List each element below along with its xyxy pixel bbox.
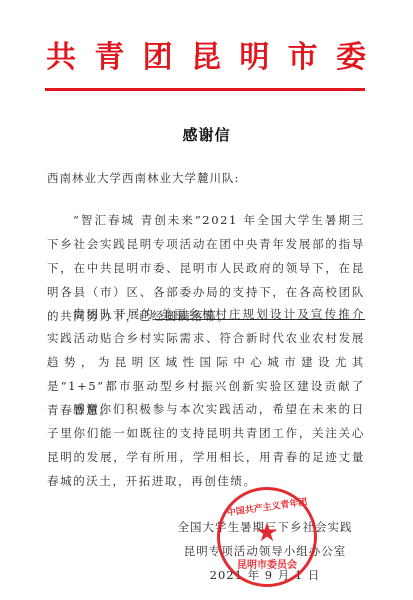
project-name: 美丽乡村村庄规划设计及宣传推介 [155, 307, 365, 321]
seal-arc-text: 中国共产主义青年团 [220, 494, 315, 520]
letterhead-char: 青 [94, 38, 124, 78]
paragraph-project-lead: 贵团队开展的 [73, 307, 155, 321]
letterhead-char: 团 [143, 38, 173, 78]
salutation: 西南林业大学西南林业大学麓川队: [47, 166, 365, 190]
letterhead-title: 共 青 团 昆 明 市 委 [46, 38, 366, 78]
letterhead-char: 昆 [191, 38, 221, 78]
letterhead-char: 共 [46, 38, 76, 78]
official-seal: 中国共产主义青年团 ★ 昆明市委员会 [217, 487, 317, 587]
letterhead-char: 市 [288, 38, 318, 78]
letterhead-rule [45, 88, 365, 91]
letterhead-char: 委 [336, 38, 366, 78]
document-title: 感谢信 [0, 124, 413, 145]
paragraph-thanks: 感谢你们积极参与本次实践活动，希望在未来的日子里你们能一如既往的支持昆明共青团工… [47, 397, 365, 493]
seal-bottom-text: 昆明市委员会 [220, 556, 314, 571]
star-icon: ★ [220, 518, 314, 548]
letterhead-char: 明 [239, 38, 269, 78]
